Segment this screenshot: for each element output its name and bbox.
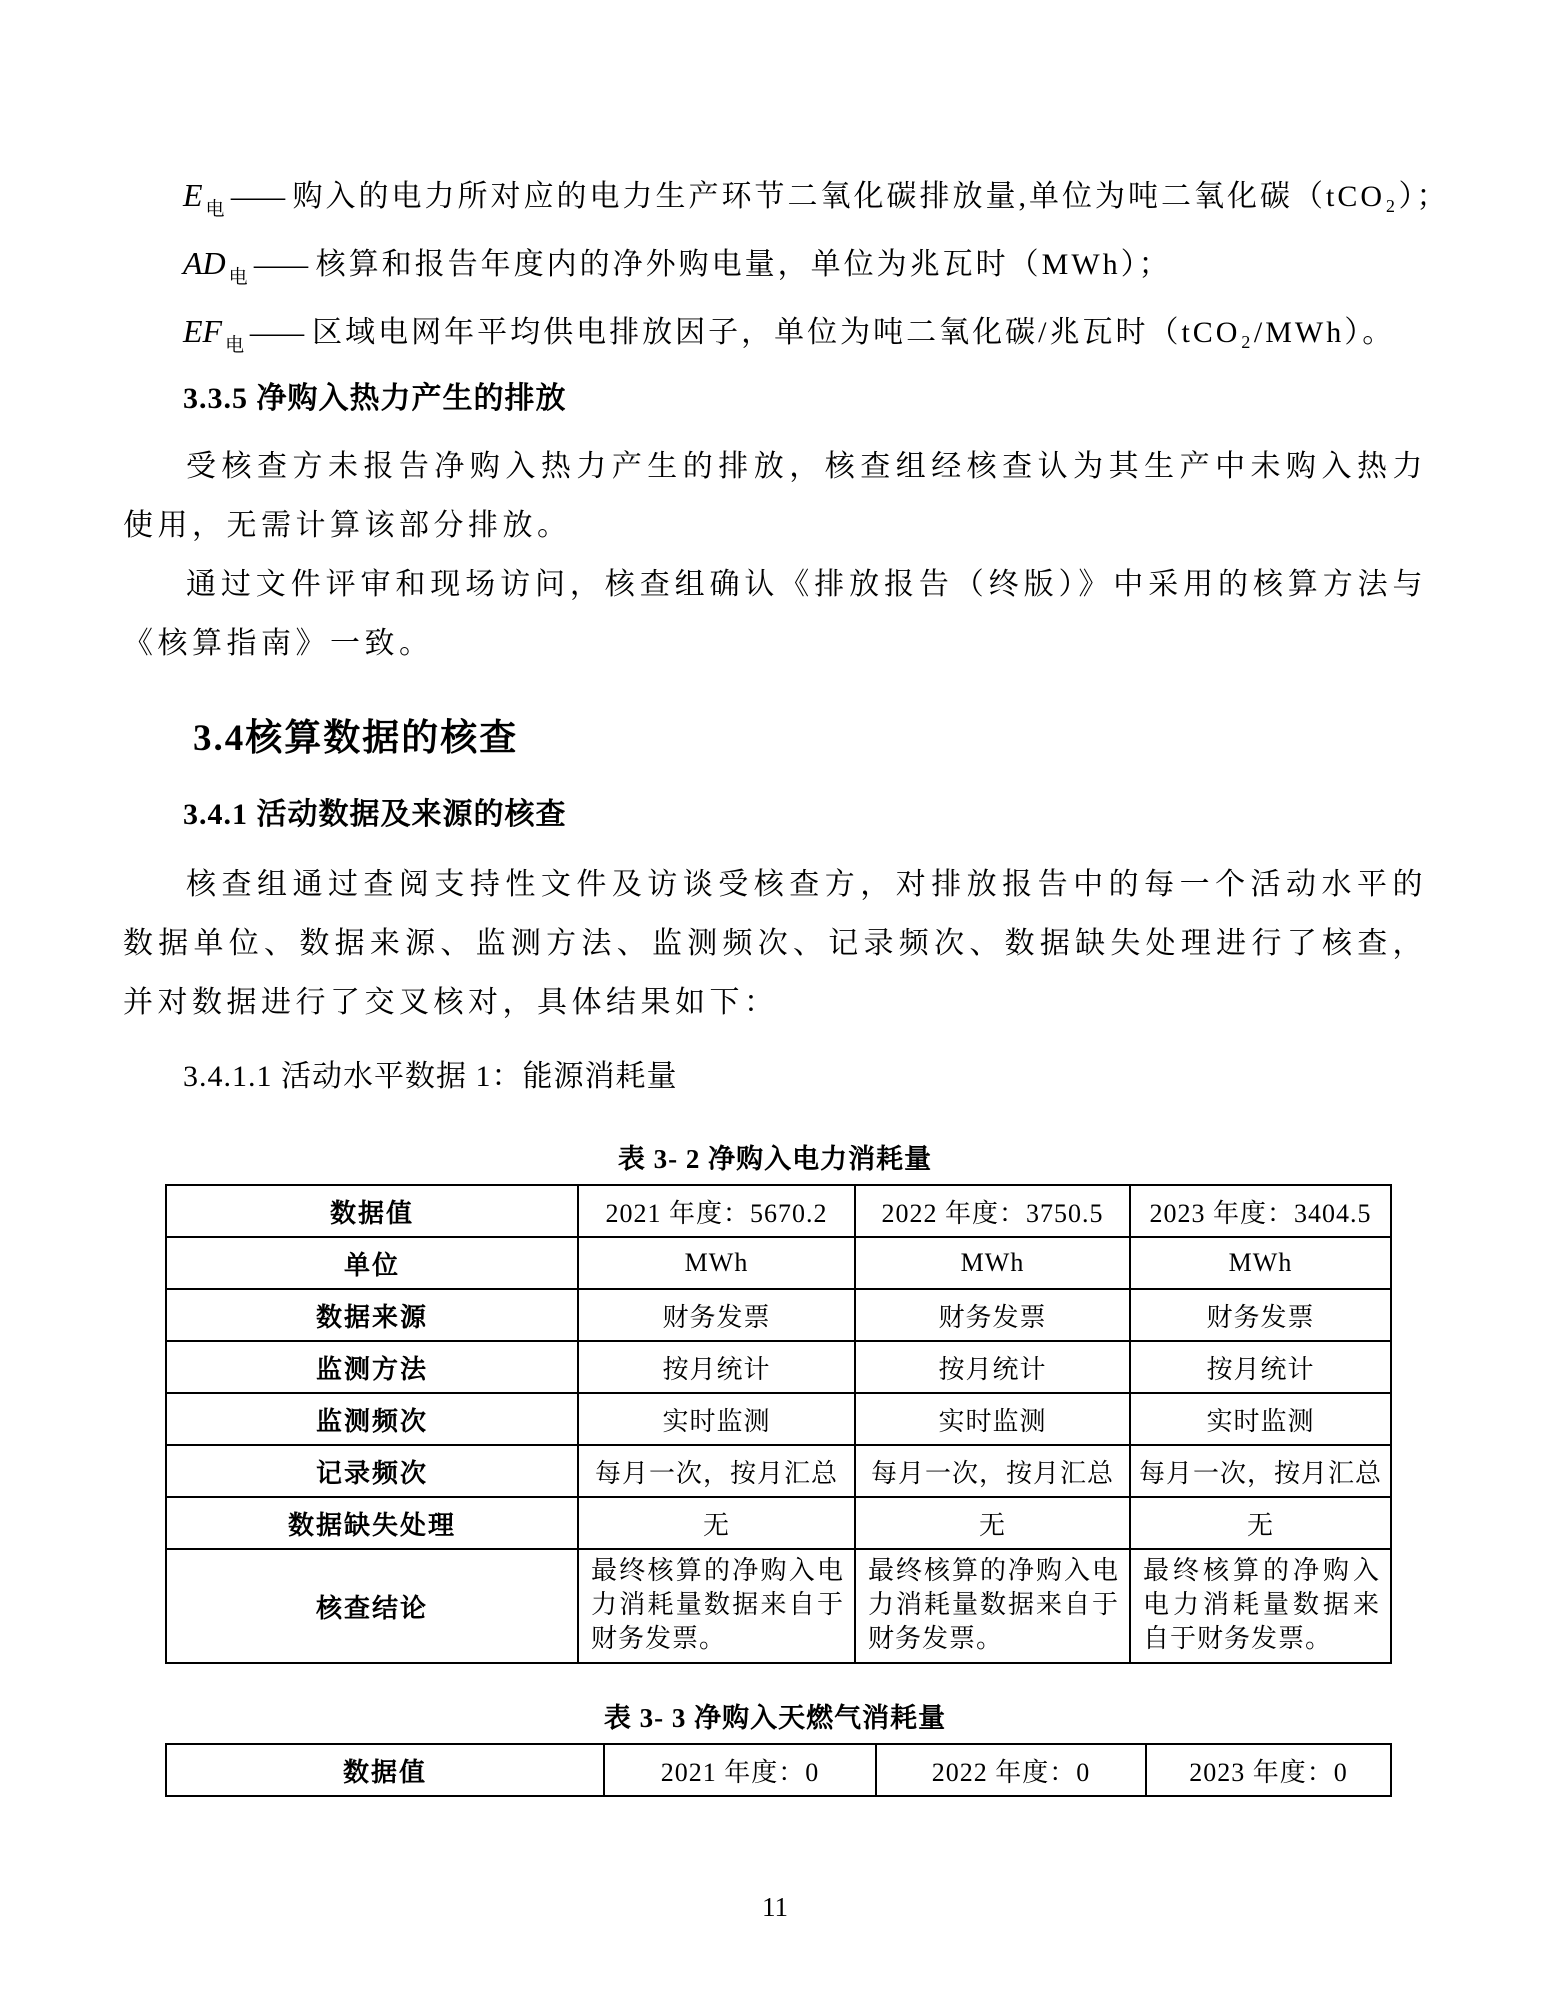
- table-3-3-title: 表 3- 3 净购入天燃气消耗量: [123, 1696, 1427, 1735]
- symbol-ef: EF: [183, 313, 222, 349]
- table-row-data-value: 数据值 2021 年度：5670.2 2022 年度：3750.5 2023 年…: [166, 1185, 1391, 1237]
- table-row-data-value: 数据值 2021 年度：0 2022 年度：0 2023 年度：0: [166, 1744, 1391, 1796]
- symbol-ad-subscript: 电: [229, 267, 248, 288]
- value-cell: 每月一次，按月汇总: [1130, 1445, 1391, 1497]
- heading-3-4: 3.4核算数据的核查: [193, 715, 1427, 763]
- value-cell: 2022 年度：0: [876, 1744, 1146, 1796]
- table-3-3: 数据值 2021 年度：0 2022 年度：0 2023 年度：0: [165, 1743, 1392, 1797]
- em-dash: —: [254, 245, 308, 285]
- row-label-cell: 数据值: [166, 1185, 578, 1237]
- value-cell: 2021 年度：5670.2: [578, 1185, 855, 1237]
- value-cell: 按月统计: [855, 1341, 1130, 1393]
- value-cell: MWh: [1130, 1237, 1391, 1289]
- table-row-conclusion: 核查结论 最终核算的净购入电力消耗量数据来自于财务发票。 最终核算的净购入电力消…: [166, 1549, 1391, 1663]
- value-cell: 2021 年度：0: [604, 1744, 876, 1796]
- heading-3-3-5: 3.3.5 净购入热力产生的排放: [183, 379, 1427, 419]
- value-cell: 2023 年度：0: [1146, 1744, 1391, 1796]
- table-row-record-frequency: 记录频次 每月一次，按月汇总 每月一次，按月汇总 每月一次，按月汇总: [166, 1445, 1391, 1497]
- definition-text: 购入的电力所对应的电力生产环节二氧化碳排放量,单位为吨二氧化碳（tCO₂）；: [293, 180, 1450, 213]
- definition-text: 核算和报告年度内的净外购电量，单位为兆瓦时（MWh）；: [316, 248, 1172, 281]
- row-label-cell: 监测方法: [166, 1341, 578, 1393]
- row-label-cell: 数据缺失处理: [166, 1497, 578, 1549]
- document-page: E电—购入的电力所对应的电力生产环节二氧化碳排放量,单位为吨二氧化碳（tCO₂）…: [0, 0, 1545, 1999]
- value-cell: 财务发票: [1130, 1289, 1391, 1341]
- value-cell: 无: [578, 1497, 855, 1549]
- value-cell: 财务发票: [578, 1289, 855, 1341]
- value-cell: 最终核算的净购入电力消耗量数据来自于财务发票。: [855, 1549, 1130, 1663]
- definition-line-ad: AD电—核算和报告年度内的净外购电量，单位为兆瓦时（MWh）；: [183, 243, 1427, 283]
- value-cell: MWh: [855, 1237, 1130, 1289]
- row-label-cell: 记录频次: [166, 1445, 578, 1497]
- page-number: 11: [123, 1892, 1427, 1923]
- value-cell: 无: [1130, 1497, 1391, 1549]
- symbol-e: E: [183, 177, 203, 213]
- value-cell: 最终核算的净购入电力消耗量数据来自于财务发票。: [578, 1549, 855, 1663]
- table-row-monitor-method: 监测方法 按月统计 按月统计 按月统计: [166, 1341, 1391, 1393]
- paragraph-3-3-5-b: 通过文件评审和现场访问，核查组确认《排放报告（终版）》中采用的核算方法与《核算指…: [123, 555, 1427, 673]
- value-cell: 2023 年度：3404.5: [1130, 1185, 1391, 1237]
- value-cell: 最终核算的净购入电力消耗量数据来自于财务发票。: [1130, 1549, 1391, 1663]
- table-row-missing-data: 数据缺失处理 无 无 无: [166, 1497, 1391, 1549]
- value-cell: 实时监测: [855, 1393, 1130, 1445]
- row-label-cell: 数据来源: [166, 1289, 578, 1341]
- value-cell: 按月统计: [1130, 1341, 1391, 1393]
- value-cell: 财务发票: [855, 1289, 1130, 1341]
- value-cell: 无: [855, 1497, 1130, 1549]
- heading-3-4-1: 3.4.1 活动数据及来源的核查: [183, 795, 1427, 835]
- table-3-2-title: 表 3- 2 净购入电力消耗量: [123, 1137, 1427, 1176]
- value-cell: MWh: [578, 1237, 855, 1289]
- definition-line-e: E电—购入的电力所对应的电力生产环节二氧化碳排放量,单位为吨二氧化碳（tCO₂）…: [183, 175, 1427, 215]
- symbol-ad: AD: [183, 245, 226, 281]
- value-cell: 每月一次，按月汇总: [855, 1445, 1130, 1497]
- table-row-unit: 单位 MWh MWh MWh: [166, 1237, 1391, 1289]
- symbol-ef-subscript: 电: [225, 335, 244, 356]
- table-row-monitor-frequency: 监测频次 实时监测 实时监测 实时监测: [166, 1393, 1391, 1445]
- symbol-e-subscript: 电: [206, 199, 225, 220]
- row-label-cell: 单位: [166, 1237, 578, 1289]
- definition-text: 区域电网年平均供电排放因子，单位为吨二氧化碳/兆瓦时（tCO₂/MWh）。: [312, 316, 1395, 349]
- paragraph-3-3-5-a: 受核查方未报告净购入热力产生的排放，核查组经核查认为其生产中未购入热力使用，无需…: [123, 437, 1427, 555]
- em-dash: —: [250, 313, 304, 353]
- table-3-2: 数据值 2021 年度：5670.2 2022 年度：3750.5 2023 年…: [165, 1184, 1392, 1664]
- row-label-cell: 监测频次: [166, 1393, 578, 1445]
- row-label-cell: 数据值: [166, 1744, 604, 1796]
- value-cell: 2022 年度：3750.5: [855, 1185, 1130, 1237]
- value-cell: 实时监测: [578, 1393, 855, 1445]
- definition-line-ef: EF电—区域电网年平均供电排放因子，单位为吨二氧化碳/兆瓦时（tCO₂/MWh）…: [183, 311, 1427, 351]
- value-cell: 每月一次，按月汇总: [578, 1445, 855, 1497]
- table-row-data-source: 数据来源 财务发票 财务发票 财务发票: [166, 1289, 1391, 1341]
- row-label-cell: 核查结论: [166, 1549, 578, 1663]
- paragraph-3-4-1: 核查组通过查阅支持性文件及访谈受核查方，对排放报告中的每一个活动水平的数据单位、…: [123, 855, 1427, 1032]
- em-dash: —: [231, 177, 285, 217]
- heading-3-4-1-1: 3.4.1.1 活动水平数据 1：能源消耗量: [183, 1057, 1427, 1097]
- value-cell: 实时监测: [1130, 1393, 1391, 1445]
- value-cell: 按月统计: [578, 1341, 855, 1393]
